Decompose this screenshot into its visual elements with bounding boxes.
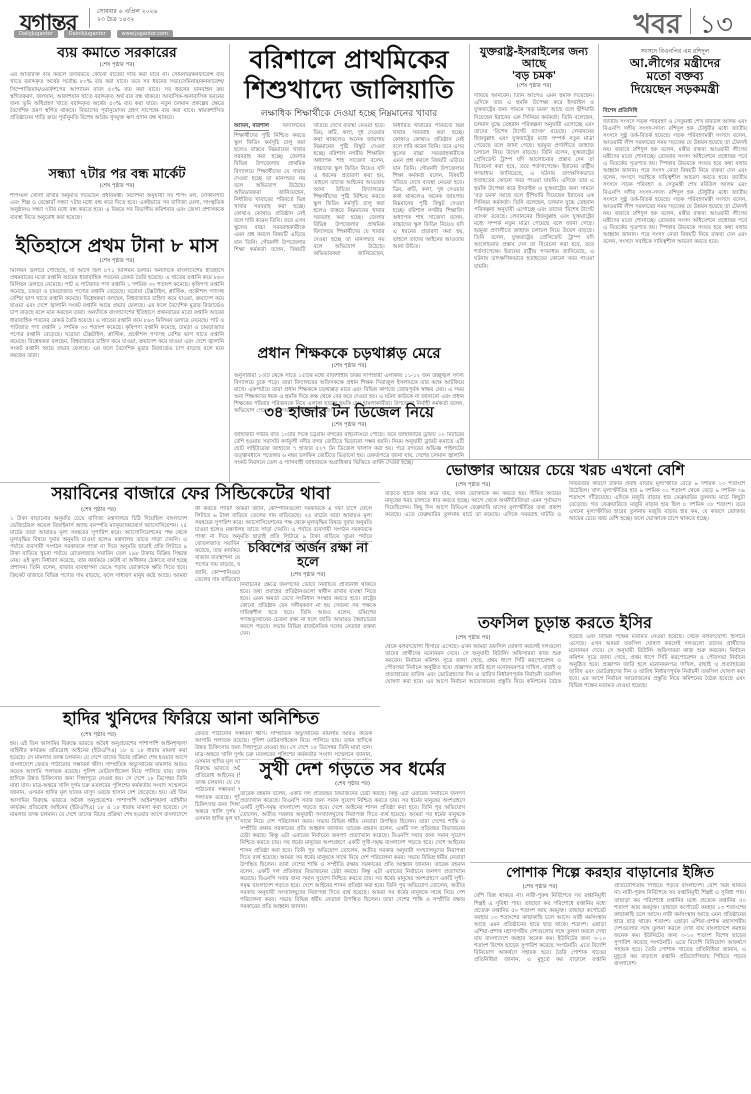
article-consumer-cost: ভোক্তার আয়ের চেয়ে খরচ এখনো বেশি (শেষ প…	[385, 462, 745, 610]
article-happy-country: সুখী দেশ গড়তে সব ধর্মের (শেষ পৃষ্ঠার পর…	[240, 760, 465, 1094]
headline: হাদির খুনিদের ফিরিয়ে আনা অনিশ্চিত	[10, 710, 372, 729]
logo-divider	[89, 8, 90, 28]
column-divider	[598, 44, 599, 459]
headline-line-2: শিশুখাদ্যে জালিয়াতি	[234, 76, 464, 104]
article-body: জাতীয় সংসদে সড়ক পরিবহণ ও সেতুমন্ত্রী শ…	[603, 119, 747, 459]
continuation-label: (শেষ পৃষ্ঠার পর)	[10, 732, 187, 739]
headline: পোশাক শিল্পে করহার বাড়ানোর ইঙ্গিত	[474, 866, 746, 881]
article-body: নির্বাচনের ক্ষেত্রে জনগণের ভোটে নির্বাচি…	[240, 582, 376, 642]
column-divider	[229, 44, 230, 482]
article-garment-tax: পোশাক শিল্পে করহার বাড়ানোর ইঙ্গিত (শেষ …	[474, 866, 746, 1094]
byline: বিশেষ প্রতিনিধি	[603, 108, 637, 117]
headline: ইতিহাসে প্রথম টানা ৮ মাস	[10, 236, 224, 257]
continuation-label: (শেষ পৃষ্ঠার পর)	[10, 183, 224, 191]
date-gregorian: সোমবার ৬ এপ্রিল ২০২৬	[97, 8, 157, 16]
page-number-divider	[690, 8, 691, 34]
continuation-label: (শেষ পৃষ্ঠার পর)	[234, 363, 464, 371]
continuation-label: (শেষ পৃষ্ঠার পর)	[10, 507, 187, 514]
article-body: (শেষ পৃষ্ঠার পর) বাড়তে থাকে আয় কমে যায…	[385, 481, 745, 607]
continuation-label: (শেষ পৃষ্ঠার পর)	[240, 781, 465, 789]
section-rule	[380, 459, 751, 460]
section-name: খবর	[633, 4, 681, 49]
continuation-label: (শেষ পৃষ্ঠার পর)	[474, 83, 594, 91]
column-divider	[469, 44, 470, 459]
headline: ব্যয় কমাতে সরকারের	[10, 46, 224, 61]
section-rule	[0, 706, 380, 707]
continuation-label: (শেষ পৃষ্ঠার পর)	[385, 482, 561, 489]
headline: ভোক্তার আয়ের চেয়ে খরচ এখনো বেশি	[385, 462, 745, 479]
continuation-label: (শেষ পৃষ্ঠার পর)	[474, 884, 606, 891]
section-rule	[470, 862, 751, 863]
headline: ৩৪ হাজার টন ডিজেল নিয়ে	[234, 404, 464, 421]
headline-line-1: বরিশালে প্রাথমিকের	[234, 46, 464, 74]
headline: সুখী দেশ গড়তে সব ধর্মের	[240, 760, 465, 780]
headline: তফসিল চূড়ান্ত করতে ইসির	[385, 614, 745, 632]
article-usa-israel: যুক্তরাষ্ট্র-ইসরাইলের জন্য আছে 'বড় চমক'…	[474, 46, 594, 458]
article-awami-ministers: সংসদে বিএনপির এম রশিদুল আ.লীগের মন্ত্রীদ…	[603, 46, 747, 458]
spacer	[380, 530, 381, 531]
article-cost-cut: ব্যয় কমাতে সরকারের (শেষ পৃষ্ঠার পর) এর …	[10, 46, 224, 156]
section-rule	[0, 482, 380, 483]
continuation-label: (শেষ পৃষ্ঠার পর)	[10, 258, 224, 266]
facebook-link[interactable]: DainikJugantor	[64, 30, 111, 38]
article-body: আমিন, বরিশাল বিদ্যালয়ের শিক্ষার্থীদের প…	[234, 123, 464, 363]
article-history-8-months: ইতিহাসে প্রথম টানা ৮ মাস (শেষ পৃষ্ঠার পর…	[10, 236, 224, 480]
headline: সয়াবিনের বাজারে ফের সিন্ডিকেটের থাবা	[10, 485, 372, 504]
article-body: মিলিয়ন ডলারে পৌঁছেছে, যা আগে ছিল ৮৭১ মি…	[10, 268, 224, 482]
headline: সন্ধ্যা ৭টার পর বন্ধ মার্কেট	[10, 168, 224, 182]
article-body: তারেক রহমান বলেন, একটি দল প্রতিবছর বিভাজ…	[240, 791, 465, 1091]
twitter-link[interactable]: DailyJugantor	[14, 30, 58, 38]
subheadline: লক্ষাধিক শিক্ষার্থীকে দেওয়া হচ্ছে নিম্ন…	[234, 106, 464, 121]
spacer	[376, 530, 377, 531]
continuation-label: (শেষ পৃষ্ঠার পর)	[240, 572, 376, 580]
article-body: (শেষ পৃষ্ঠার পর) বেশি ভিন্ন থাকবে না। না…	[474, 883, 746, 1087]
headline: চব্বিশের অর্জন রক্ষা না হলে	[240, 542, 376, 571]
article-twenty-four: চব্বিশের অর্জন রক্ষা না হলে (শেষ পৃষ্ঠার…	[240, 542, 376, 632]
continuation-label: (শেষ পৃষ্ঠার পর)	[10, 62, 224, 70]
headline-line-1: যুক্তরাষ্ট্র-ইসরাইলের জন্য আছে	[474, 46, 594, 70]
date-bengali: ২৩ চৈত্র ১৪৩২	[97, 16, 157, 24]
headline: প্রধান শিক্ষককে চড়থাপ্পড় মেরে	[234, 345, 464, 362]
article-body: এর অতিরিক্ত ব্যয় করলে তদবিরতে কোনো বাজে…	[10, 72, 224, 158]
masthead: যুগান্তর সোমবার ৬ এপ্রিল ২০২৬ ২৩ চৈত্র ১…	[0, 0, 751, 44]
continuation-label: (শেষ পৃষ্ঠার পর)	[234, 422, 464, 430]
byline: আমিন, বরিশাল	[234, 123, 269, 131]
continuation-label: (শেষ পৃষ্ঠার পর)	[385, 635, 561, 642]
headline-line-3: দিয়েছেন সড়কমন্ত্রী	[603, 83, 747, 96]
headline-line-2: 'বড় চমক'	[474, 70, 594, 82]
date-block: সোমবার ৬ এপ্রিল ২০২৬ ২৩ চৈত্র ১৪৩২	[97, 8, 157, 24]
article-body: দাবিয়ে আনবেন। তিনি আগেও এমন হুমকি দিয়ে…	[474, 93, 594, 465]
page-number: ১৩	[699, 4, 733, 48]
